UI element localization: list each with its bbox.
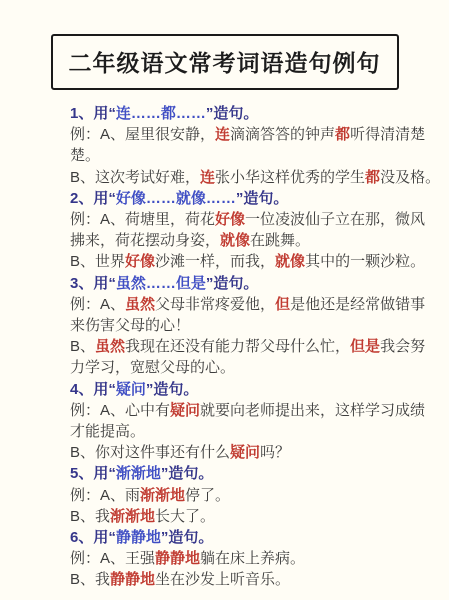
text-segment: 我现在还没有能力帮父母什么忙， [125,338,350,355]
text-segment: 张小华这样优秀的学生 [215,169,365,186]
keyword-red: 连 [200,169,215,186]
heading-text: ”造句。 [206,105,259,122]
text-segment: 滴滴答答的钟声 [230,126,335,143]
heading-text: 5、用“ [70,465,116,482]
keyword-red: 连 [215,126,230,143]
keyword-red: 好像 [125,253,155,270]
section-heading: 2、用“好像……就像……”造句。 [70,188,439,209]
example-line: B、我渐渐地长大了。 [70,506,439,527]
keyword-blue: 连……都…… [116,105,206,122]
example-line: B、虽然我现在还没有能力帮父母什么忙，但是我会努 [70,336,439,357]
keyword-red: 就像 [275,253,305,270]
heading-text: ”造句。 [206,275,259,292]
text-segment: B、这次考试好难， [70,169,200,186]
example-line: 才能提高。 [70,421,439,442]
section-heading: 6、用“静静地”造句。 [70,527,439,548]
section-3: 3、用“虽然……但是”造句。例：A、虽然父母非常疼爱他，但是他还是经常做错事来伤… [70,273,439,379]
title-area: 二年级语文常考词语造句例句 [0,0,449,90]
heading-text: ”造句。 [161,465,214,482]
example-line: 楚。 [70,145,439,166]
example-line: B、世界好像沙滩一样，而我，就像其中的一颗沙粒。 [70,251,439,272]
heading-text: 1、用“ [70,105,116,122]
keyword-red: 渐渐地 [140,487,185,504]
text-segment: 就要向老师提出来，这样学习成绩 [200,402,425,419]
text-segment: 例：A、心中有 [70,402,170,419]
content: 1、用“连……都……”造句。例：A、屋里很安静，连滴滴答答的钟声都听得清清楚楚。… [0,90,449,591]
keyword-red: 但 [275,296,290,313]
keyword-red: 虽然 [125,296,155,313]
keyword-red: 都 [335,126,350,143]
title-box: 二年级语文常考词语造句例句 [51,34,399,90]
keyword-red: 就像 [220,232,250,249]
keyword-red: 疑问 [170,402,200,419]
text-segment: 例：A、王强 [70,550,155,567]
keyword-red: 好像 [215,211,245,228]
keyword-red: 虽然 [95,338,125,355]
example-line: 拂来，荷花摆动身姿，就像在跳舞。 [70,230,439,251]
example-line: 例：A、虽然父母非常疼爱他，但是他还是经常做错事 [70,294,439,315]
keyword-blue: 好像……就像…… [116,190,236,207]
section-2: 2、用“好像……就像……”造句。例：A、荷塘里，荷花好像一位凌波仙子立在那，微风… [70,188,439,273]
section-heading: 4、用“疑问”造句。 [70,379,439,400]
example-line: 例：A、心中有疑问就要向老师提出来，这样学习成绩 [70,400,439,421]
section-heading: 5、用“渐渐地”造句。 [70,463,439,484]
example-line: 例：A、雨渐渐地停了。 [70,485,439,506]
section-heading: 1、用“连……都……”造句。 [70,103,439,124]
text-segment: 其中的一颗沙粒。 [305,253,425,270]
text-segment: B、你对这件事还有什么 [70,444,230,461]
example-line: B、你对这件事还有什么疑问吗？ [70,442,439,463]
heading-text: 6、用“ [70,529,116,546]
text-segment: B、我 [70,508,110,525]
text-segment: B、世界 [70,253,125,270]
heading-text: 3、用“ [70,275,116,292]
text-segment: 例：A、雨 [70,487,140,504]
text-segment: 是他还是经常做错事 [290,296,425,313]
heading-text: ”造句。 [236,190,289,207]
keyword-blue: 疑问 [116,381,146,398]
text-segment: 才能提高。 [70,423,145,440]
text-segment: 力学习，宽慰父母的心。 [70,359,235,376]
section-heading: 3、用“虽然……但是”造句。 [70,273,439,294]
example-line: B、这次考试好难，连张小华这样优秀的学生都没及格。 [70,167,439,188]
example-line: 例：A、屋里很安静，连滴滴答答的钟声都听得清清楚 [70,124,439,145]
keyword-blue: 静静地 [116,529,161,546]
text-segment: 吗？ [260,444,290,461]
text-segment: B、我 [70,571,110,588]
text-segment: 停了。 [185,487,230,504]
keyword-red: 但是 [350,338,380,355]
heading-text: 4、用“ [70,381,116,398]
example-line: 例：A、荷塘里，荷花好像一位凌波仙子立在那，微风 [70,209,439,230]
text-segment: 一位凌波仙子立在那，微风 [245,211,425,228]
text-segment: 例：A、屋里很安静， [70,126,215,143]
heading-text: ”造句。 [161,529,214,546]
heading-text: ”造句。 [146,381,199,398]
heading-text: 2、用“ [70,190,116,207]
section-6: 6、用“静静地”造句。例：A、王强静静地躺在床上养病。B、我静静地坐在沙发上听音… [70,527,439,591]
text-segment: 沙滩一样，而我， [155,253,275,270]
text-segment: 坐在沙发上听音乐。 [155,571,290,588]
keyword-blue: 虽然……但是 [116,275,206,292]
keyword-blue: 渐渐地 [116,465,161,482]
example-line: 例：A、王强静静地躺在床上养病。 [70,548,439,569]
text-segment: 在跳舞。 [250,232,310,249]
example-line: 来伤害父母的心！ [70,315,439,336]
text-segment: 我会努 [380,338,425,355]
keyword-red: 都 [365,169,380,186]
text-segment: B、 [70,338,95,355]
example-line: 力学习，宽慰父母的心。 [70,357,439,378]
text-segment: 听得清清楚 [350,126,425,143]
text-segment: 例：A、荷塘里，荷花 [70,211,215,228]
worksheet-page: 二年级语文常考词语造句例句 1、用“连……都……”造句。例：A、屋里很安静，连滴… [0,0,449,600]
example-line: B、我静静地坐在沙发上听音乐。 [70,569,439,590]
text-segment: 拂来，荷花摆动身姿， [70,232,220,249]
text-segment: 躺在床上养病。 [200,550,305,567]
section-4: 4、用“疑问”造句。例：A、心中有疑问就要向老师提出来，这样学习成绩才能提高。B… [70,379,439,464]
section-5: 5、用“渐渐地”造句。例：A、雨渐渐地停了。B、我渐渐地长大了。 [70,463,439,527]
text-segment: 没及格。 [380,169,440,186]
section-1: 1、用“连……都……”造句。例：A、屋里很安静，连滴滴答答的钟声都听得清清楚楚。… [70,103,439,188]
text-segment: 长大了。 [155,508,215,525]
text-segment: 来伤害父母的心！ [70,317,190,334]
keyword-red: 静静地 [155,550,200,567]
text-segment: 父母非常疼爱他， [155,296,275,313]
keyword-red: 静静地 [110,571,155,588]
keyword-red: 疑问 [230,444,260,461]
page-title: 二年级语文常考词语造句例句 [69,45,381,78]
keyword-red: 渐渐地 [110,508,155,525]
text-segment: 楚。 [70,147,100,164]
text-segment: 例：A、 [70,296,125,313]
